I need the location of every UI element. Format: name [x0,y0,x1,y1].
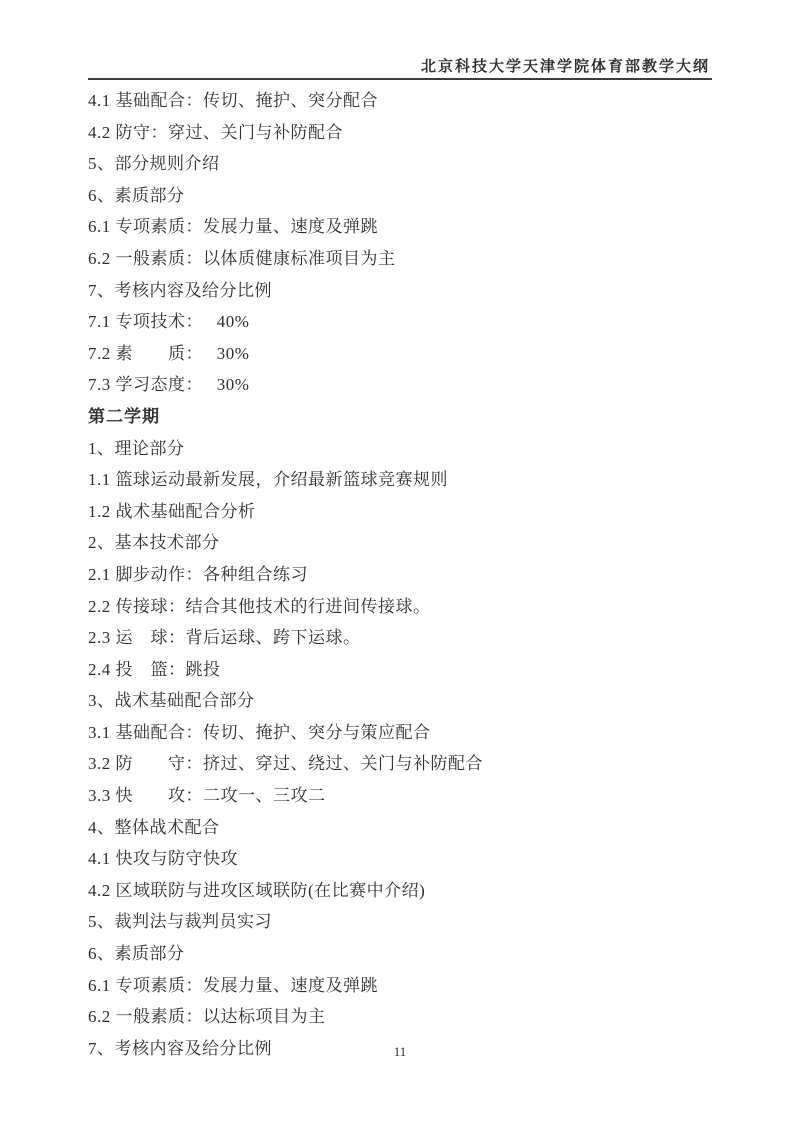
header-title: 北京科技大学天津学院体育部教学大纲 [421,59,710,75]
document-body: 4.1 基础配合：传切、掩护、突分配合4.2 防守：穿过、关门与补防配合5、部分… [88,85,740,1064]
document-line: 4.1 基础配合：传切、掩护、突分配合 [88,85,740,117]
document-line: 3、战术基础配合部分 [88,685,740,717]
section-heading: 第二学期 [88,401,740,433]
document-line: 7、考核内容及给分比例 [88,275,740,307]
document-line: 4.2 区域联防与进攻区域联防(在比赛中介绍) [88,875,740,907]
document-line: 3.2 防 守：挤过、穿过、绕过、关门与补防配合 [88,748,740,780]
document-line: 2.1 脚步动作：各种组合练习 [88,559,740,591]
document-line: 6.1 专项素质：发展力量、速度及弹跳 [88,970,740,1002]
document-line: 6、素质部分 [88,938,740,970]
document-line: 1.1 篮球运动最新发展，介绍最新篮球竞赛规则 [88,464,740,496]
document-line: 6.2 一般素质：以体质健康标准项目为主 [88,243,740,275]
document-line: 4.1 快攻与防守快攻 [88,843,740,875]
document-line: 6.1 专项素质：发展力量、速度及弹跳 [88,211,740,243]
document-line: 4.2 防守：穿过、关门与补防配合 [88,117,740,149]
document-line: 2.3 运 球：背后运球、跨下运球。 [88,622,740,654]
document-line: 1、理论部分 [88,433,740,465]
document-line: 2、基本技术部分 [88,527,740,559]
page-header: 北京科技大学天津学院体育部教学大纲 [88,55,710,76]
document-line: 6.2 一般素质：以达标项目为主 [88,1001,740,1033]
document-line: 2.4 投 篮：跳投 [88,654,740,686]
page-footer: 11 [0,1044,800,1060]
document-line: 5、裁判法与裁判员实习 [88,906,740,938]
document-line: 6、素质部分 [88,180,740,212]
document-line: 2.2 传接球：结合其他技术的行进间传接球。 [88,591,740,623]
header-rule [88,78,712,80]
document-line: 3.3 快 攻：二攻一、三攻二 [88,780,740,812]
document-line: 3.1 基础配合：传切、掩护、突分与策应配合 [88,717,740,749]
page-number: 11 [394,1044,407,1059]
document-line: 7.3 学习态度： 30% [88,369,740,401]
document-line: 5、部分规则介绍 [88,148,740,180]
document-line: 7.1 专项技术： 40% [88,306,740,338]
document-line: 7.2 素 质： 30% [88,338,740,370]
document-line: 1.2 战术基础配合分析 [88,496,740,528]
document-page: 北京科技大学天津学院体育部教学大纲 4.1 基础配合：传切、掩护、突分配合4.2… [0,0,800,1131]
document-line: 4、整体战术配合 [88,812,740,844]
